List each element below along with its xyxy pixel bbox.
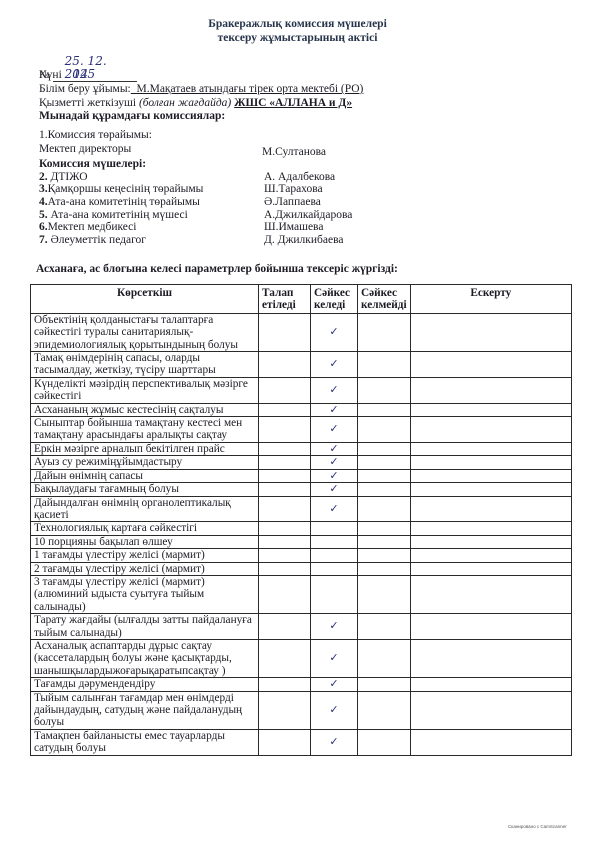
check-mark-icon: ✓ bbox=[329, 703, 338, 716]
column-note: Ескерту bbox=[410, 285, 571, 314]
note-cell bbox=[410, 549, 571, 562]
table-row: 10 порцияны бақылап өлшеу bbox=[31, 535, 572, 548]
member-row: 3.Қамқоршы кеңесінің төрайымыШ.Тарахова bbox=[39, 183, 399, 196]
indicator-cell: Еркін мәзірге арналып бекітілген прайс bbox=[31, 442, 259, 455]
organization-row: Білім беру ұйымы: М.Мақатаев атындағы ті… bbox=[39, 83, 363, 96]
compliant-cell bbox=[311, 522, 358, 535]
noncompliant-cell bbox=[358, 639, 411, 677]
member-role: 3.Қамқоршы кеңесінің төрайымы bbox=[39, 183, 262, 196]
noncompliant-cell bbox=[358, 575, 411, 613]
table-row: Тағамды дәрумендендіру✓ bbox=[31, 678, 572, 691]
indicator-cell: Бақылаудағы тағамның болуы bbox=[31, 483, 259, 496]
member-role: 5. Ата-ана комитетінің мүшесі bbox=[39, 209, 262, 222]
table-row: Асхананың жұмыс кестесінің сақталуы✓ bbox=[31, 403, 572, 416]
member-name: Ә.Лаппаева bbox=[262, 196, 321, 209]
indicator-cell: Дайын өнімнің сапасы bbox=[31, 469, 259, 482]
note-cell bbox=[410, 313, 571, 351]
check-mark-icon: ✓ bbox=[329, 651, 338, 664]
indicator-cell: Объектінің қолданыстағы талаптарға сәйке… bbox=[31, 313, 259, 351]
supplier-note: (болған жағдайда) bbox=[139, 97, 231, 109]
note-cell bbox=[410, 614, 571, 640]
number-value: 14 bbox=[53, 68, 133, 82]
member-role: 6.Мектеп медбикесі bbox=[39, 221, 262, 234]
compliant-cell: ✓ bbox=[311, 483, 358, 496]
noncompliant-cell bbox=[358, 522, 411, 535]
note-cell bbox=[410, 403, 571, 416]
chair-row: Мектеп директоры М.Султанова bbox=[39, 143, 399, 159]
member-name: Ш.Тарахова bbox=[262, 183, 323, 196]
compliant-cell: ✓ bbox=[311, 417, 358, 443]
note-cell bbox=[410, 456, 571, 469]
required-cell bbox=[259, 678, 311, 691]
required-cell bbox=[259, 377, 311, 403]
compliant-cell: ✓ bbox=[311, 442, 358, 455]
members-heading: Комиссия мүшелері: bbox=[39, 158, 399, 171]
required-cell bbox=[259, 535, 311, 548]
check-mark-icon: ✓ bbox=[329, 357, 338, 370]
noncompliant-cell bbox=[358, 456, 411, 469]
note-cell bbox=[410, 639, 571, 677]
indicator-cell: 3 тағамды үлестіру желісі (мармит) (алюм… bbox=[31, 575, 259, 613]
inspection-table: Көрсеткіш Талап етіледі Сәйкес келеді Сә… bbox=[30, 284, 572, 756]
table-row: 1 тағамды үлестіру желісі (мармит) bbox=[31, 549, 572, 562]
composition-heading: Мынадай құрамдағы комиссиялар: bbox=[39, 110, 225, 123]
member-name: А.Джилкайдарова bbox=[262, 209, 352, 222]
organization-value: М.Мақатаев атындағы тірек орта мектебі (… bbox=[131, 83, 364, 95]
required-cell bbox=[259, 639, 311, 677]
member-row: 2. ДТІЖОА. Адалбекова bbox=[39, 171, 399, 184]
required-cell bbox=[259, 575, 311, 613]
column-required: Талап етіледі bbox=[259, 285, 311, 314]
required-cell bbox=[259, 313, 311, 351]
scanner-watermark: Сканировано с CamScanner bbox=[508, 824, 567, 829]
indicator-cell: Дайындалған өнімнің органолептикалық қас… bbox=[31, 496, 259, 522]
check-mark-icon: ✓ bbox=[329, 403, 338, 416]
table-header-row: Көрсеткіш Талап етіледі Сәйкес келеді Сә… bbox=[31, 285, 572, 314]
member-role: 4.Ата-ана комитетінің төрайымы bbox=[39, 196, 262, 209]
noncompliant-cell bbox=[358, 562, 411, 575]
compliant-cell: ✓ bbox=[311, 496, 358, 522]
noncompliant-cell bbox=[358, 729, 411, 755]
compliant-cell: ✓ bbox=[311, 639, 358, 677]
note-cell bbox=[410, 417, 571, 443]
required-cell bbox=[259, 562, 311, 575]
column-compliant: Сәйкес келеді bbox=[311, 285, 358, 314]
indicator-cell: Күнделікті мәзірдің перспективалық мәзір… bbox=[31, 377, 259, 403]
note-cell bbox=[410, 352, 571, 378]
table-row: Асханалық аспаптарды дұрыс сақтау (кассе… bbox=[31, 639, 572, 677]
indicator-cell: Тамақ өнімдерінің сапасы, оларды тасымал… bbox=[31, 352, 259, 378]
required-cell bbox=[259, 729, 311, 755]
noncompliant-cell bbox=[358, 691, 411, 729]
check-mark-icon: ✓ bbox=[329, 619, 338, 632]
required-cell bbox=[259, 549, 311, 562]
member-name: Д. Джилкибаева bbox=[262, 234, 343, 247]
required-cell bbox=[259, 496, 311, 522]
member-row: 6.Мектеп медбикесіШ.Имашева bbox=[39, 221, 399, 234]
noncompliant-cell bbox=[358, 442, 411, 455]
indicator-cell: Тарату жағдайы (ылғалды затты пайдалануғ… bbox=[31, 614, 259, 640]
document-title: Бракеражлық комиссия мүшелері тексеру жұ… bbox=[0, 17, 595, 45]
note-cell bbox=[410, 678, 571, 691]
title-line-2: тексеру жұмыстарының актісі bbox=[0, 31, 595, 45]
indicator-cell: 10 порцияны бақылап өлшеу bbox=[31, 535, 259, 548]
check-mark-icon: ✓ bbox=[329, 502, 338, 515]
member-row: 7. Әлеуметтік педагогД. Джилкибаева bbox=[39, 234, 399, 247]
compliant-cell: ✓ bbox=[311, 352, 358, 378]
check-mark-icon: ✓ bbox=[329, 383, 338, 396]
supplier-row: Қызметті жеткізуші (болған жағдайда) ЖШС… bbox=[39, 97, 352, 110]
table-row: Тыйым салынған тағамдар мен өнімдерді да… bbox=[31, 691, 572, 729]
column-indicator: Көрсеткіш bbox=[31, 285, 259, 314]
table-row: Еркін мәзірге арналып бекітілген прайс✓ bbox=[31, 442, 572, 455]
check-mark-icon: ✓ bbox=[329, 677, 338, 690]
note-cell bbox=[410, 483, 571, 496]
table-row: Дайындалған өнімнің органолептикалық қас… bbox=[31, 496, 572, 522]
indicator-cell: Технологиялық картаға сәйкестігі bbox=[31, 522, 259, 535]
note-cell bbox=[410, 535, 571, 548]
compliant-cell: ✓ bbox=[311, 691, 358, 729]
table-row: Бақылаудағы тағамның болуы✓ bbox=[31, 483, 572, 496]
compliant-cell: ✓ bbox=[311, 377, 358, 403]
note-cell bbox=[410, 442, 571, 455]
table-row: Тарату жағдайы (ылғалды затты пайдалануғ… bbox=[31, 614, 572, 640]
check-mark-icon: ✓ bbox=[329, 325, 338, 338]
number-label: № bbox=[39, 69, 50, 81]
member-name: А. Адалбекова bbox=[262, 171, 335, 184]
supplier-label: Қызметті жеткізуші bbox=[39, 97, 136, 109]
member-row: 5. Ата-ана комитетінің мүшесіА.Джилкайда… bbox=[39, 209, 399, 222]
noncompliant-cell bbox=[358, 313, 411, 351]
chair-name: М.Султанова bbox=[262, 143, 326, 159]
compliant-cell: ✓ bbox=[311, 469, 358, 482]
compliant-cell: ✓ bbox=[311, 313, 358, 351]
member-role: 7. Әлеуметтік педагог bbox=[39, 234, 262, 247]
check-mark-icon: ✓ bbox=[329, 455, 338, 468]
noncompliant-cell bbox=[358, 403, 411, 416]
note-cell bbox=[410, 377, 571, 403]
note-cell bbox=[410, 469, 571, 482]
note-cell bbox=[410, 729, 571, 755]
table-row: Ауыз су режиміңұйымдастыру✓ bbox=[31, 456, 572, 469]
noncompliant-cell bbox=[358, 678, 411, 691]
table-row: 3 тағамды үлестіру желісі (мармит) (алюм… bbox=[31, 575, 572, 613]
indicator-cell: Тыйым салынған тағамдар мен өнімдерді да… bbox=[31, 691, 259, 729]
members-list: 2. ДТІЖОА. Адалбекова3.Қамқоршы кеңесіні… bbox=[39, 171, 399, 247]
table-row: Тамақпен байланысты емес тауарларды сату… bbox=[31, 729, 572, 755]
noncompliant-cell bbox=[358, 377, 411, 403]
required-cell bbox=[259, 469, 311, 482]
compliant-cell: ✓ bbox=[311, 729, 358, 755]
chair-role: Мектеп директоры bbox=[39, 143, 262, 159]
required-cell bbox=[259, 417, 311, 443]
required-cell bbox=[259, 522, 311, 535]
noncompliant-cell bbox=[358, 469, 411, 482]
compliant-cell bbox=[311, 535, 358, 548]
inspection-heading: Асханаға, ас блогына келесі параметрлер … bbox=[36, 263, 398, 275]
compliant-cell: ✓ bbox=[311, 614, 358, 640]
indicator-cell: Асханалық аспаптарды дұрыс сақтау (кассе… bbox=[31, 639, 259, 677]
noncompliant-cell bbox=[358, 352, 411, 378]
commission-list: 1.Комиссия төрайымы: Мектеп директоры М.… bbox=[39, 129, 399, 246]
member-role: 2. ДТІЖО bbox=[39, 171, 262, 184]
note-cell bbox=[410, 691, 571, 729]
note-cell bbox=[410, 575, 571, 613]
check-mark-icon: ✓ bbox=[329, 469, 338, 482]
indicator-cell: Тамақпен байланысты емес тауарларды сату… bbox=[31, 729, 259, 755]
compliant-cell: ✓ bbox=[311, 678, 358, 691]
organization-label: Білім беру ұйымы: bbox=[39, 83, 131, 95]
noncompliant-cell bbox=[358, 549, 411, 562]
noncompliant-cell bbox=[358, 614, 411, 640]
table-row: Күнделікті мәзірдің перспективалық мәзір… bbox=[31, 377, 572, 403]
table-row: Тамақ өнімдерінің сапасы, оларды тасымал… bbox=[31, 352, 572, 378]
required-cell bbox=[259, 691, 311, 729]
noncompliant-cell bbox=[358, 483, 411, 496]
check-mark-icon: ✓ bbox=[329, 442, 338, 455]
compliant-cell bbox=[311, 562, 358, 575]
table-body: Объектінің қолданыстағы талаптарға сәйке… bbox=[31, 313, 572, 755]
table-row: Технологиялық картаға сәйкестігі bbox=[31, 522, 572, 535]
supplier-value: ЖШС «АЛЛАНА и Д» bbox=[234, 97, 352, 109]
indicator-cell: Сыныптар бойынша тамақтану кестесі мен т… bbox=[31, 417, 259, 443]
indicator-cell: Тағамды дәрумендендіру bbox=[31, 678, 259, 691]
table-row: Сыныптар бойынша тамақтану кестесі мен т… bbox=[31, 417, 572, 443]
chair-heading: 1.Комиссия төрайымы: bbox=[39, 129, 399, 142]
note-cell bbox=[410, 522, 571, 535]
required-cell bbox=[259, 456, 311, 469]
check-mark-icon: ✓ bbox=[329, 422, 338, 435]
table-row: Дайын өнімнің сапасы✓ bbox=[31, 469, 572, 482]
indicator-cell: Асхананың жұмыс кестесінің сақталуы bbox=[31, 403, 259, 416]
note-cell bbox=[410, 562, 571, 575]
member-name: Ш.Имашева bbox=[262, 221, 323, 234]
required-cell bbox=[259, 352, 311, 378]
indicator-cell: Ауыз су режиміңұйымдастыру bbox=[31, 456, 259, 469]
noncompliant-cell bbox=[358, 417, 411, 443]
note-cell bbox=[410, 496, 571, 522]
compliant-cell: ✓ bbox=[311, 403, 358, 416]
required-cell bbox=[259, 483, 311, 496]
number-row: № 14 bbox=[39, 68, 133, 82]
required-cell bbox=[259, 403, 311, 416]
member-row: 4.Ата-ана комитетінің төрайымыӘ.Лаппаева bbox=[39, 196, 399, 209]
title-line-1: Бракеражлық комиссия мүшелері bbox=[0, 17, 595, 31]
table-row: Объектінің қолданыстағы талаптарға сәйке… bbox=[31, 313, 572, 351]
compliant-cell bbox=[311, 549, 358, 562]
check-mark-icon: ✓ bbox=[329, 482, 338, 495]
table-row: 2 тағамды үлестіру желісі (мармит) bbox=[31, 562, 572, 575]
indicator-cell: 1 тағамды үлестіру желісі (мармит) bbox=[31, 549, 259, 562]
compliant-cell: ✓ bbox=[311, 456, 358, 469]
check-mark-icon: ✓ bbox=[329, 735, 338, 748]
noncompliant-cell bbox=[358, 535, 411, 548]
noncompliant-cell bbox=[358, 496, 411, 522]
required-cell bbox=[259, 442, 311, 455]
compliant-cell bbox=[311, 575, 358, 613]
column-noncompliant: Сәйкес келмейді bbox=[358, 285, 411, 314]
indicator-cell: 2 тағамды үлестіру желісі (мармит) bbox=[31, 562, 259, 575]
required-cell bbox=[259, 614, 311, 640]
